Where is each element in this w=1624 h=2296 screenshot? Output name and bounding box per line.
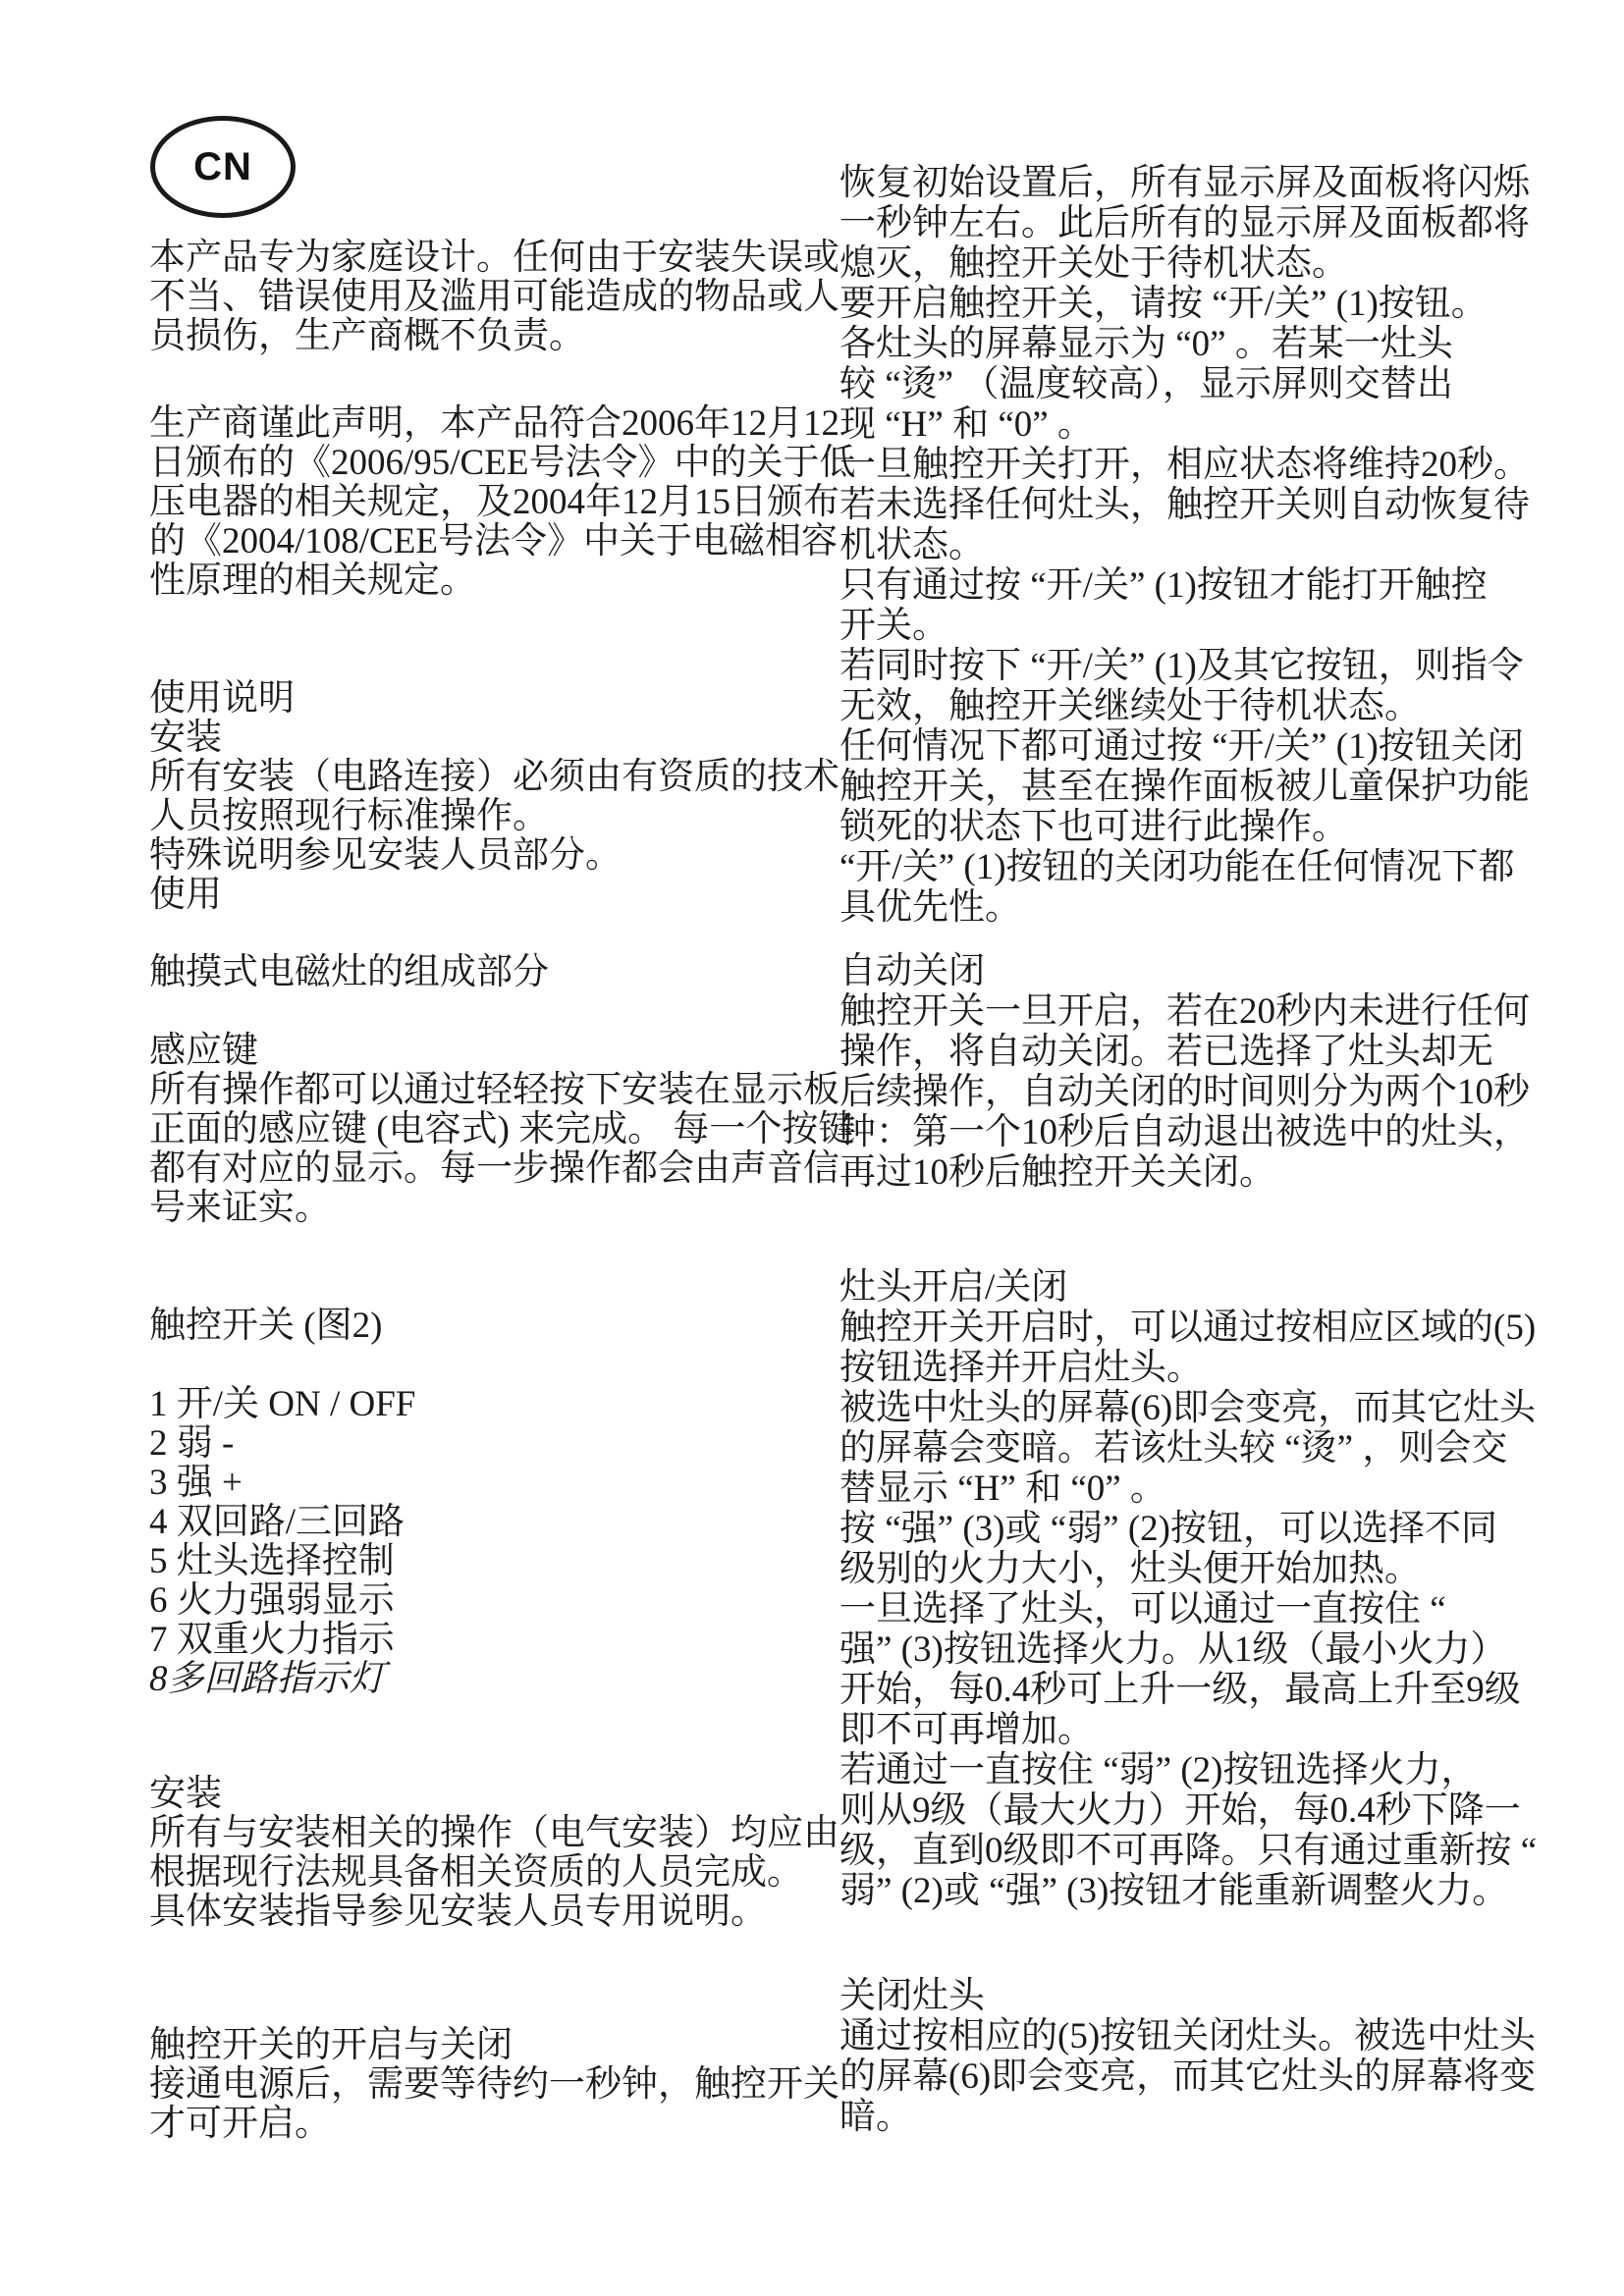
text-line: 按钮选择并开启灶头。: [839, 1348, 1539, 1388]
text-line: 通过按相应的(5)按钮关闭灶头。被选中灶头: [839, 2016, 1539, 2056]
text-line: 生产商谨此声明，本产品符合2006年12月12: [149, 404, 848, 444]
text-line: 再过10秒后触控开关关闭。: [839, 1152, 1539, 1193]
text-line: 无效，触控开关继续处于待机状态。: [839, 686, 1539, 726]
text-line: 触控开关开启时，可以通过按相应区域的(5): [839, 1308, 1539, 1348]
text-line: 不当、错误使用及滥用可能造成的物品或人: [149, 278, 848, 317]
text-line: 现 “H” 和 “0” 。: [839, 404, 1539, 445]
burner-on-off-section: 灶头开启/关闭触控开关开启时，可以通过按相应区域的(5)按钮选择并开启灶头。被选…: [839, 1267, 1539, 1911]
touch-controls-figure-heading: 触控开关 (图2): [149, 1307, 848, 1346]
text-line: 的屏幕(6)即会变亮，而其它灶头的屏幕将变: [839, 2056, 1539, 2097]
text-line: 一秒钟左右。此后所有的显示屏及面板都将: [839, 203, 1539, 243]
components-heading: 触摸式电磁灶的组成部分: [149, 953, 848, 992]
text-line: 正面的感应键 (电容式) 来完成。 每一个按键: [149, 1110, 848, 1149]
text-line: 级，直到0级即不可再降。只有通过重新按 “: [839, 1831, 1539, 1871]
text-line: 级别的火力大小，灶头便开始加热。: [839, 1549, 1539, 1589]
text-line: 任何情况下都可通过按 “开/关” (1)按钮关闭: [839, 726, 1539, 767]
text-line: 1 开/关 ON / OFF: [149, 1385, 848, 1424]
burner-off-section: 关闭灶头通过按相应的(5)按钮关闭灶头。被选中灶头的屏幕(6)即会变亮，而其它灶…: [839, 1976, 1539, 2137]
text-line: 强” (3)按钮选择火力。从1级（最小火力）: [839, 1629, 1539, 1670]
text-line: 的《2004/108/CEE号法令》中关于电磁相容: [149, 522, 848, 561]
text-line: 触控开关的开启与关闭: [149, 2026, 848, 2065]
cn-language-badge: CN: [150, 116, 296, 218]
text-line: 所有安装（电路连接）必须由有资质的技术: [149, 758, 848, 797]
text-line: 较 “烫” （温度较高），显示屏则交替出: [839, 364, 1539, 404]
text-line: 自动关闭: [839, 951, 1539, 991]
text-line: 各灶头的屏幕显示为 “0” 。若某一灶头: [839, 324, 1539, 364]
text-line: 具体安装指导参见安装人员专用说明。: [149, 1893, 848, 1932]
text-line: 触摸式电磁灶的组成部分: [149, 953, 848, 992]
text-line: 只有通过按 “开/关” (1)按钮才能打开触控: [839, 565, 1539, 606]
text-line: 开始，每0.4秒可上升一级，最高上升至9级: [839, 1670, 1539, 1710]
text-line: 本产品专为家庭设计。任何由于安装失误或: [149, 239, 848, 278]
text-line: 弱” (2)或 “强” (3)按钮才能重新调整火力。: [839, 1871, 1539, 1911]
text-line: 锁死的状态下也可进行此操作。: [839, 807, 1539, 847]
usage-instructions-section: 使用说明安装所有安装（电路连接）必须由有资质的技术人员按照现行标准操作。特殊说明…: [149, 679, 848, 915]
cn-badge-label: CN: [193, 145, 252, 189]
text-line: 则从9级（最大火力）开始，每0.4秒下降一: [839, 1790, 1539, 1831]
text-line: 操作，将自动关闭。若已选择了灶头却无: [839, 1032, 1539, 1072]
text-line: 若未选择任何灶头，触控开关则自动恢复待: [839, 485, 1539, 525]
text-line: 使用: [149, 876, 848, 915]
text-line: 即不可再增加。: [839, 1710, 1539, 1750]
text-line: 所有操作都可以通过轻轻按下安装在显示板: [149, 1071, 848, 1110]
text-line: 安装: [149, 719, 848, 758]
text-line: 6 火力强弱显示: [149, 1581, 848, 1621]
touch-control-power-on-section: 触控开关的开启与关闭接通电源后，需要等待约一秒钟，触控开关才可开启。: [149, 2026, 848, 2144]
text-line: 机状态。: [839, 525, 1539, 565]
text-line: 触控开关 (图2): [149, 1307, 848, 1346]
text-line: 号来证实。: [149, 1189, 848, 1228]
text-line: 关闭灶头: [839, 1976, 1539, 2016]
text-line: 根据现行法规具备相关资质的人员完成。: [149, 1853, 848, 1893]
disclaimer-paragraph: 本产品专为家庭设计。任何由于安装失误或不当、错误使用及滥用可能造成的物品或人员损…: [149, 239, 848, 356]
compliance-paragraph: 生产商谨此声明，本产品符合2006年12月12日颁布的《2006/95/CEE号…: [149, 404, 848, 601]
text-line: 触控开关，甚至在操作面板被儿童保护功能: [839, 767, 1539, 807]
text-line: 2 弱 -: [149, 1424, 848, 1464]
text-line: 熄灭，触控开关处于待机状态。: [839, 243, 1539, 284]
figure-legend-list: 1 开/关 ON / OFF2 弱 -3 强 +4 双回路/三回路5 灶头选择控…: [149, 1385, 848, 1699]
text-line: 替显示 “H” 和 “0” 。: [839, 1468, 1539, 1509]
text-line: 感应键: [149, 1032, 848, 1071]
text-line: 恢复初始设置后，所有显示屏及面板将闪烁: [839, 163, 1539, 203]
text-line: 安装: [149, 1775, 848, 1814]
text-line: 若同时按下 “开/关” (1)及其它按钮，则指令: [839, 646, 1539, 686]
text-line: 暗。: [839, 2097, 1539, 2137]
text-line: 员损伤，生产商概不负责。: [149, 317, 848, 356]
text-line: “开/关” (1)按钮的关闭功能在任何情况下都: [839, 847, 1539, 887]
text-line: 具优先性。: [839, 887, 1539, 928]
text-line: 5 灶头选择控制: [149, 1542, 848, 1581]
text-line: 日颁布的《2006/95/CEE号法令》中的关于低: [149, 444, 848, 483]
text-line: 后续操作，自动关闭的时间则分为两个10秒: [839, 1072, 1539, 1112]
text-line: 触控开关一旦开启，若在20秒内未进行任何: [839, 991, 1539, 1032]
text-line: 要开启触控开关，请按 “开/关” (1)按钮。: [839, 284, 1539, 324]
manual-page: CN 本产品专为家庭设计。任何由于安装失误或不当、错误使用及滥用可能造成的物品或…: [0, 0, 1624, 2296]
text-line: 压电器的相关规定，及2004年12月15日颁布: [149, 483, 848, 522]
text-line: 3 强 +: [149, 1464, 848, 1503]
reset-behavior-paragraph: 恢复初始设置后，所有显示屏及面板将闪烁一秒钟左右。此后所有的显示屏及面板都将熄灭…: [839, 163, 1539, 928]
text-line: 按 “强” (3)或 “弱” (2)按钮，可以选择不同: [839, 1509, 1539, 1549]
auto-shutdown-section: 自动关闭触控开关一旦开启，若在20秒内未进行任何操作，将自动关闭。若已选择了灶头…: [839, 951, 1539, 1193]
text-line: 性原理的相关规定。: [149, 561, 848, 601]
text-line: 4 双回路/三回路: [149, 1503, 848, 1542]
text-line: 开关。: [839, 606, 1539, 646]
sensor-keys-section: 感应键所有操作都可以通过轻轻按下安装在显示板正面的感应键 (电容式) 来完成。 …: [149, 1032, 848, 1228]
text-line: 人员按照现行标准操作。: [149, 797, 848, 836]
text-line: 才可开启。: [149, 2105, 848, 2144]
text-line: 一旦触控开关打开，相应状态将维持20秒。: [839, 445, 1539, 485]
text-line: 8多回路指示灯: [149, 1660, 848, 1699]
text-line: 特殊说明参见安装人员部分。: [149, 836, 848, 876]
text-line: 使用说明: [149, 679, 848, 719]
text-line: 的屏幕会变暗。若该灶头较 “烫” ，则会交: [839, 1428, 1539, 1468]
text-line: 所有与安装相关的操作（电气安装）均应由: [149, 1814, 848, 1853]
text-line: 一旦选择了灶头，可以通过一直按住 “: [839, 1589, 1539, 1629]
text-line: 若通过一直按住 “弱” (2)按钮选择火力，: [839, 1750, 1539, 1790]
text-line: 钟：第一个10秒后自动退出被选中的灶头，: [839, 1112, 1539, 1152]
installation-section: 安装所有与安装相关的操作（电气安装）均应由根据现行法规具备相关资质的人员完成。具…: [149, 1775, 848, 1932]
text-line: 被选中灶头的屏幕(6)即会变亮，而其它灶头: [839, 1388, 1539, 1428]
text-line: 灶头开启/关闭: [839, 1267, 1539, 1308]
text-line: 7 双重火力指示: [149, 1621, 848, 1660]
text-line: 接通电源后，需要等待约一秒钟，触控开关: [149, 2065, 848, 2105]
text-line: 都有对应的显示。每一步操作都会由声音信: [149, 1149, 848, 1189]
